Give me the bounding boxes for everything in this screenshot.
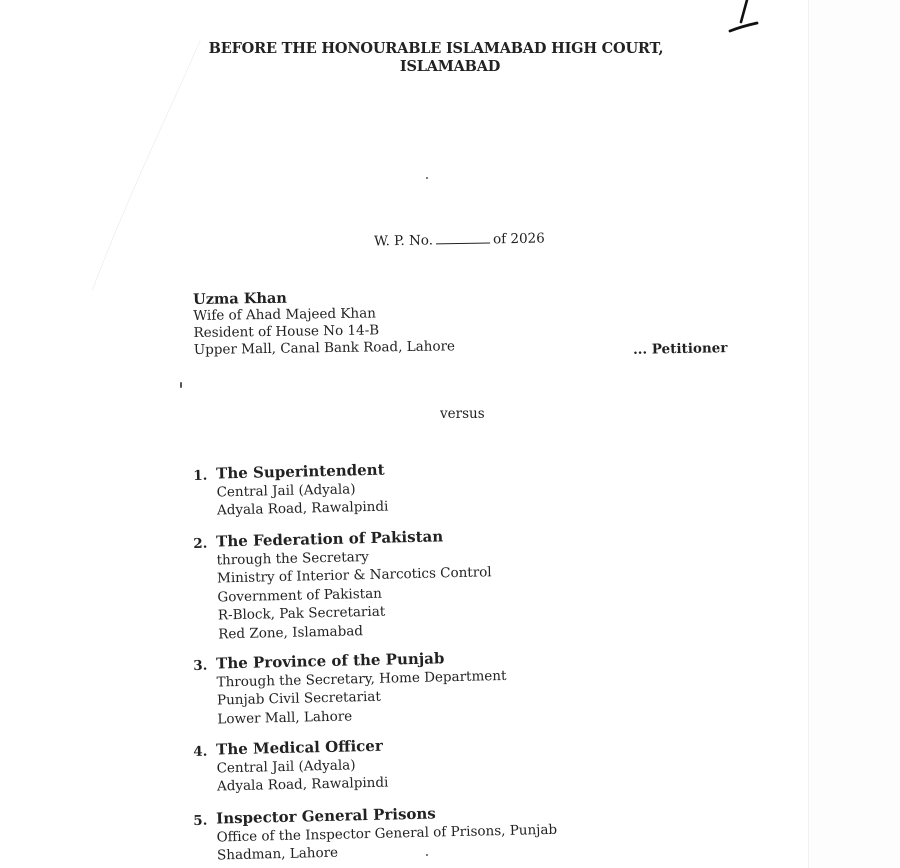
respondent-3: 3. The Province of the Punjab Through th… [193, 648, 507, 729]
case-number-suffix: of 2026 [493, 231, 545, 248]
scan-speck [426, 177, 428, 179]
respondent-name: The Superintendent [216, 461, 388, 483]
respondent-4: 4. The Medical Officer Central Jail (Ady… [193, 737, 389, 797]
court-heading-line2: ISLAMABAD [0, 58, 900, 75]
respondent-1: 1. The Superintendent Central Jail (Adya… [193, 461, 389, 521]
respondent-name: The Medical Officer [216, 737, 388, 759]
respondent-2: 2. The Federation of Pakistan through th… [193, 526, 493, 644]
paper-right-edge [808, 0, 900, 868]
respondent-number: 1. [193, 467, 208, 486]
respondent-line: Adyala Road, Rawalpindi [217, 774, 389, 796]
case-number-blank [436, 242, 490, 244]
document-page: BEFORE THE HONOURABLE ISLAMABAD HIGH COU… [0, 0, 900, 868]
handwritten-page-number [700, 0, 760, 40]
paper-fold-edge [0, 0, 900, 868]
versus-label: versus [440, 406, 485, 422]
respondent-number: 5. [193, 812, 208, 831]
petitioner-role-label: ... Petitioner [633, 340, 728, 358]
court-heading-line1: BEFORE THE HONOURABLE ISLAMABAD HIGH COU… [0, 40, 886, 57]
petitioner-line: Upper Mall, Canal Bank Road, Lahore [194, 338, 455, 359]
respondent-number: 3. [193, 657, 208, 676]
petitioner-block: Uzma Khan Wife of Ahad Majeed Khan Resid… [193, 287, 455, 359]
case-number-prefix: W. P. No. [374, 232, 433, 249]
respondent-5: 5. Inspector General Prisons Office of t… [193, 802, 558, 866]
respondent-number: 2. [193, 535, 208, 554]
scan-speck [180, 382, 182, 388]
respondent-number: 4. [193, 743, 208, 762]
respondent-line: Adyala Road, Rawalpindi [217, 498, 389, 520]
case-number: W. P. No.of 2026 [374, 231, 545, 250]
